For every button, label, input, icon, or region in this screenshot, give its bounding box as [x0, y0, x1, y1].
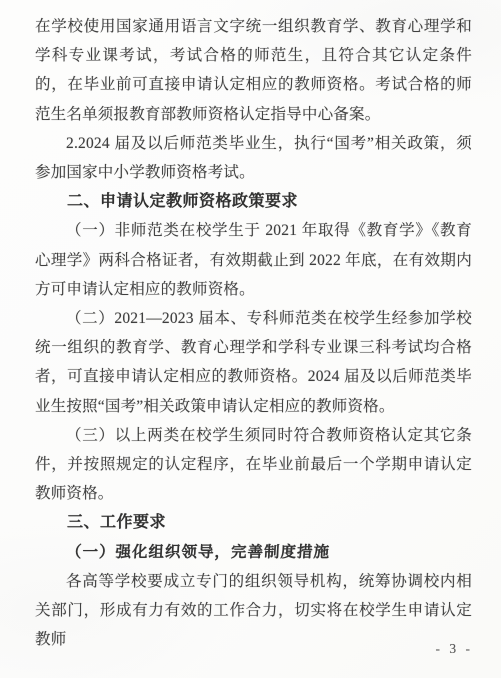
paragraph-item-2: 2.2024 届及以后师范类毕业生，执行“国考”相关政策，须参加国家中小学教师资… [35, 129, 472, 187]
subsection-heading-1: （一）强化组织领导，完善制度措施 [34, 538, 473, 567]
paragraph-clause-3: （三）以上两类在校学生须同时符合教师资格认定其它条件，并按照规定的认定程序，在毕… [35, 421, 472, 509]
paragraph-continuation: 在学校使用国家通用语言文字统一组织教育学、教育心理学和学科专业课考试，考试合格的… [35, 12, 472, 129]
document-page: 在学校使用国家通用语言文字统一组织教育学、教育心理学和学科专业课考试，考试合格的… [0, 0, 501, 678]
paragraph-clause-2: （二）2021—2023 届本、专科师范类在校学生经参加学校统一组织的教育学、教… [35, 304, 472, 421]
document-body: 在学校使用国家通用语言文字统一组织教育学、教育心理学和学科专业课考试，考试合格的… [35, 12, 472, 654]
paragraph-clause-1: （一）非师范类在校学生于 2021 年取得《教育学》《教育心理学》两科合格证者，… [35, 216, 472, 304]
section-heading-3: 三、工作要求 [35, 508, 472, 537]
section-heading-2: 二、申请认定教师资格政策要求 [35, 187, 472, 216]
paragraph-work-requirements: 各高等学校要成立专门的组织领导机构，统筹协调校内相关部门，形成有力有效的工作合力… [35, 567, 472, 655]
page-number: - 3 - [436, 641, 474, 657]
